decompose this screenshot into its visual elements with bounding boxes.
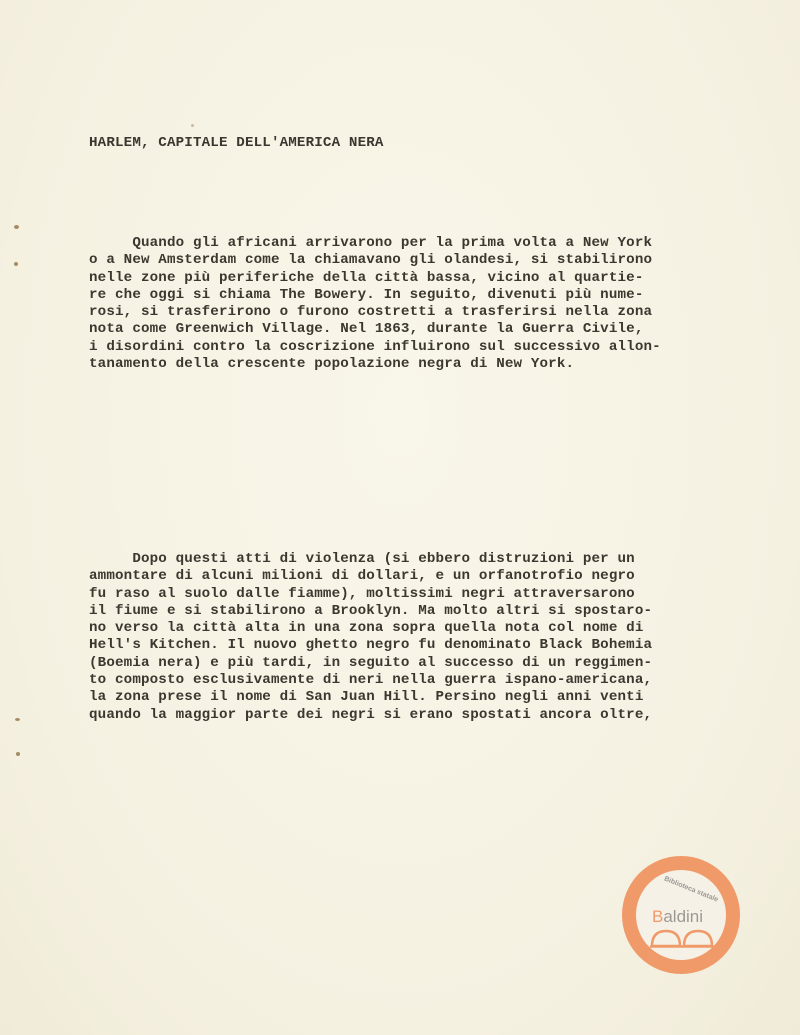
- scanned-page: HARLEM, CAPITALE DELL'AMERICA NERA Quand…: [0, 0, 800, 1035]
- margin-mark: [15, 718, 20, 721]
- text-line: nelle zone più periferiche della città b…: [89, 270, 661, 287]
- paragraph-2: Dopo questi atti di violenza (si ebbero …: [89, 551, 652, 724]
- paragraph-1: Quando gli africani arrivarono per la pr…: [89, 235, 661, 373]
- text-line: i disordini contro la coscrizione influi…: [89, 339, 661, 356]
- margin-mark: [16, 752, 20, 756]
- text-line: (Boemia nera) e più tardi, in seguito al…: [89, 655, 652, 672]
- open-book-arches-icon: [650, 928, 714, 948]
- text-line: to composto esclusivamente di neri nella…: [89, 672, 652, 689]
- text-line: no verso la città alta in una zona sopra…: [89, 620, 652, 637]
- text-line: la zona prese il nome di San Juan Hill. …: [89, 689, 652, 706]
- text-line: tanamento della crescente popolazione ne…: [89, 356, 661, 373]
- stamp-small-text: Biblioteca statale: [663, 876, 719, 905]
- library-stamp-logo: Biblioteca statale Baldini: [622, 856, 740, 974]
- text-line: rosi, si trasferirono o furono costretti…: [89, 304, 661, 321]
- text-line: Dopo questi atti di violenza (si ebbero …: [89, 551, 652, 568]
- text-line: o a New Amsterdam come la chiamavano gli…: [89, 252, 661, 269]
- text-line: nota come Greenwich Village. Nel 1863, d…: [89, 321, 661, 338]
- stamp-name-initial: B: [652, 907, 663, 926]
- text-line: il fiume e si stabilirono a Brooklyn. Ma…: [89, 603, 652, 620]
- text-line: Quando gli africani arrivarono per la pr…: [89, 235, 661, 252]
- text-line: re che oggi si chiama The Bowery. In seg…: [89, 287, 661, 304]
- document-title: HARLEM, CAPITALE DELL'AMERICA NERA: [89, 135, 384, 151]
- margin-mark: [14, 262, 18, 266]
- text-line: ammontare di alcuni milioni di dollari, …: [89, 568, 652, 585]
- stamp-name: Baldini: [652, 907, 703, 927]
- margin-mark: [14, 225, 19, 229]
- speck-mark: [191, 124, 194, 127]
- text-line: quando la maggior parte dei negri si era…: [89, 707, 652, 724]
- text-line: Hell's Kitchen. Il nuovo ghetto negro fu…: [89, 637, 652, 654]
- text-line: fu raso al suolo dalle fiamme), moltissi…: [89, 586, 652, 603]
- stamp-name-rest: aldini: [663, 907, 703, 926]
